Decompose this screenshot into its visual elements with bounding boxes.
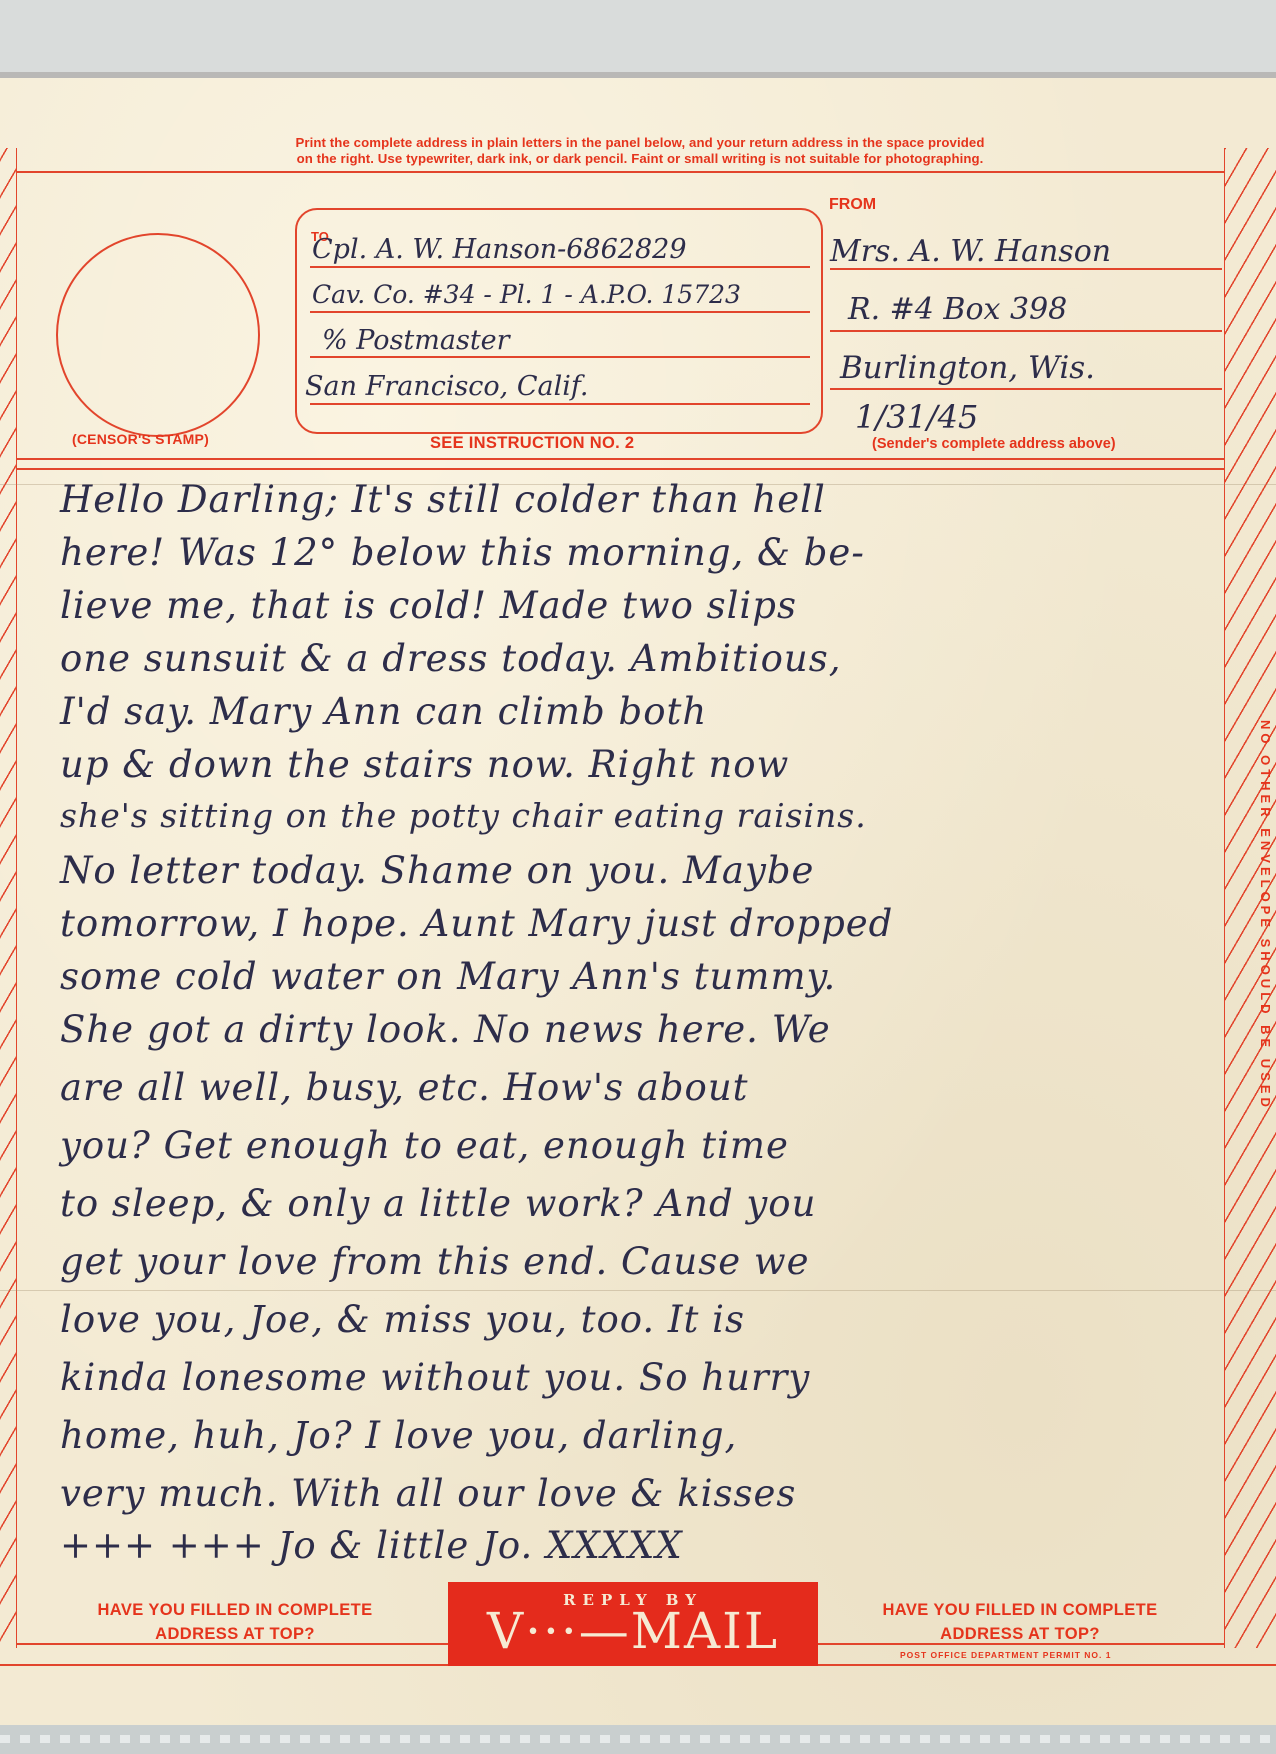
header-divider-lower xyxy=(16,468,1224,470)
letter-line-9: tomorrow, I hope. Aunt Mary just dropped xyxy=(60,902,893,945)
to-address-rule-1 xyxy=(310,266,810,268)
to-address-rule-4 xyxy=(310,403,810,405)
see-instruction-label: SEE INSTRUCTION NO. 2 xyxy=(430,434,634,453)
letter-line-2: here! Was 12° below this morning, & be- xyxy=(60,531,865,574)
letter-line-6: up & down the stairs now. Right now xyxy=(60,743,789,786)
post-office-permit: POST OFFICE DEPARTMENT PERMIT NO. 1 xyxy=(900,1650,1111,1660)
letter-line-12: are all well, busy, etc. How's about xyxy=(60,1066,749,1109)
letter-line-5: I'd say. Mary Ann can climb both xyxy=(60,690,707,733)
censor-stamp-label: (CENSOR'S STAMP) xyxy=(72,431,209,447)
letter-line-8: No letter today. Shame on you. Maybe xyxy=(60,849,814,892)
letter-line-18: home, huh, Jo? I love you, darling, xyxy=(60,1414,737,1457)
left-hatch-border xyxy=(0,148,17,1648)
letter-line-7: she's sitting on the potty chair eating … xyxy=(60,796,867,835)
censor-stamp-circle xyxy=(56,233,260,437)
side-envelope-notice: NO OTHER ENVELOPE SHOULD BE USED xyxy=(1258,720,1273,1111)
header-rule xyxy=(16,171,1224,173)
from-address-rule-3 xyxy=(830,388,1222,390)
letter-line-3: lieve me, that is cold! Made two slips xyxy=(60,584,797,627)
bottom-right-rule-upper xyxy=(818,1643,1224,1645)
bottom-left-rule xyxy=(16,1643,448,1645)
from-address-line-3: Burlington, Wis. xyxy=(840,350,1095,386)
instructions-line-2: on the right. Use typewriter, dark ink, … xyxy=(170,151,1110,167)
to-address-rule-2 xyxy=(310,311,810,313)
letter-line-19: very much. With all our love & kisses xyxy=(60,1472,796,1515)
to-address-line-2: Cav. Co. #34 - Pl. 1 - A.P.O. 15723 xyxy=(312,280,741,309)
letter-line-13: you? Get enough to eat, enough time xyxy=(60,1124,789,1167)
bottom-left-reminder-line-1: HAVE YOU FILLED IN COMPLETE xyxy=(70,1598,400,1622)
printing-instructions: Print the complete address in plain lett… xyxy=(170,135,1110,167)
from-address-rule-2 xyxy=(830,330,1222,332)
letter-line-14: to sleep, & only a little work? And you xyxy=(60,1182,816,1225)
sheet-protector-edge xyxy=(0,1725,1276,1754)
binder-perforations xyxy=(0,1735,1276,1743)
from-address-line-1: Mrs. A. W. Hanson xyxy=(830,234,1111,269)
to-address-line-1: Cpl. A. W. Hanson-6862829 xyxy=(312,234,687,265)
letter-line-4: one sunsuit & a dress today. Ambitious, xyxy=(60,637,842,680)
letter-line-1: Hello Darling; It's still colder than he… xyxy=(60,478,826,521)
letter-signature-line: +++ +++ Jo & little Jo. XXXXX xyxy=(60,1524,683,1567)
letter-date: 1/31/45 xyxy=(855,398,978,436)
to-address-line-4: San Francisco, Calif. xyxy=(305,371,589,402)
from-label: FROM xyxy=(829,196,876,214)
bottom-right-reminder-line-1: HAVE YOU FILLED IN COMPLETE xyxy=(855,1598,1185,1622)
to-address-line-3: % Postmaster xyxy=(322,325,510,356)
bottom-right-reminder: HAVE YOU FILLED IN COMPLETE ADDRESS AT T… xyxy=(855,1598,1185,1646)
letter-line-11: She got a dirty look. No news here. We xyxy=(60,1008,831,1051)
letter-line-16: love you, Joe, & miss you, too. It is xyxy=(60,1298,745,1341)
fold-crease xyxy=(0,1290,1276,1291)
letter-line-17: kinda lonesome without you. So hurry xyxy=(60,1356,810,1399)
to-address-rule-3 xyxy=(310,356,810,358)
letter-line-10: some cold water on Mary Ann's tummy. xyxy=(60,955,836,998)
letter-line-15: get your love from this end. Cause we xyxy=(60,1240,809,1283)
from-address-line-2: R. #4 Box 398 xyxy=(848,292,1067,327)
sender-address-note: (Sender's complete address above) xyxy=(872,436,1116,452)
bottom-left-reminder: HAVE YOU FILLED IN COMPLETE ADDRESS AT T… xyxy=(70,1598,400,1646)
header-divider-upper xyxy=(16,458,1224,460)
instructions-line-1: Print the complete address in plain lett… xyxy=(170,135,1110,151)
reply-by-vmail-banner: REPLY BY V···—MAIL xyxy=(448,1582,818,1666)
vmail-logo: V···—MAIL xyxy=(448,1605,818,1657)
